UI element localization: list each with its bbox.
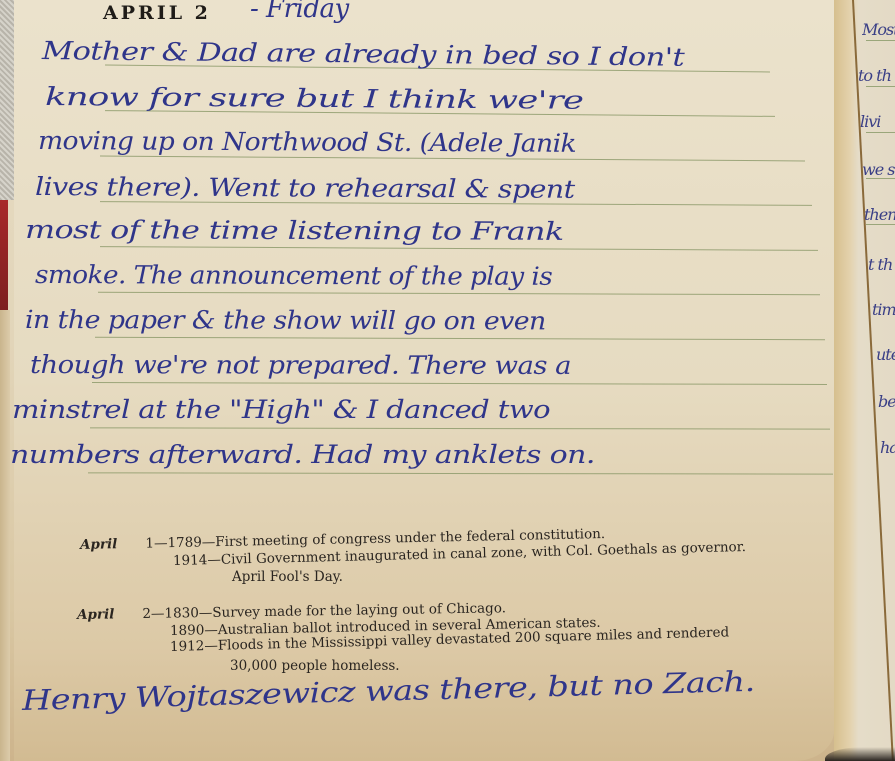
facing-page-fragment: Most to [862, 20, 895, 39]
page-stack-edge [0, 310, 10, 761]
facing-page-fragment: be [878, 392, 895, 411]
diary-photo: APRIL 2 - Friday Mother & Dad are alread… [0, 0, 895, 761]
entry-line: most of the time listening to Frank [25, 215, 564, 246]
facing-page-fragment: then [864, 205, 895, 224]
date-header: APRIL 2 [103, 2, 211, 24]
event-year: 1914 [173, 552, 208, 569]
facing-page-fragment: we sh [862, 160, 895, 179]
event-text: April Fool's Day. [232, 569, 343, 585]
entry-line: moving up on Northwood St. (Adele Janik [38, 126, 576, 158]
entry-line: though we're not prepared. There was a [30, 350, 571, 380]
entry-line: lives there). Went to rehearsal & spent [35, 172, 575, 204]
facing-page-fragment: livi [860, 112, 895, 131]
red-cover-edge [0, 200, 8, 310]
facing-ruled-line [866, 86, 895, 87]
almanac-day: 1 [132, 535, 154, 551]
event-year: 1789 [167, 534, 202, 551]
facing-ruled-line [866, 40, 895, 41]
facing-page-fragment: t th [868, 255, 895, 274]
facing-page-fragment: tim [872, 300, 895, 319]
event-year: 1890 [170, 622, 205, 639]
entry-line: in the paper & the show will go on even [25, 305, 546, 335]
facing-page-fragment: ute [876, 345, 895, 364]
entry-line: know for sure but I think we're [45, 82, 583, 115]
event-year: 1912 [170, 638, 205, 655]
entry-line: minstrel at the "High" & I danced two [12, 395, 550, 424]
entry-line: smoke. The announcement of the play is [35, 260, 552, 291]
facing-ruled-line [866, 224, 895, 225]
almanac-april-1-row-3: April Fool's Day. [232, 569, 343, 585]
facing-ruled-line [866, 132, 895, 133]
facing-page-fragment: ha [880, 438, 895, 457]
facing-page-fragment: to th [858, 66, 895, 85]
almanac-april-2-row-4: 30,000 people homeless. [230, 658, 400, 674]
almanac-month: April [77, 606, 129, 623]
almanac-day: 2 [129, 606, 151, 622]
event-text: 30,000 people homeless. [230, 658, 400, 674]
almanac-month: April [80, 536, 132, 553]
entry-line: numbers afterward. Had my anklets on. [10, 440, 595, 469]
weekday-handwritten: - Friday [250, 0, 349, 24]
event-year: 1830 [164, 605, 199, 622]
